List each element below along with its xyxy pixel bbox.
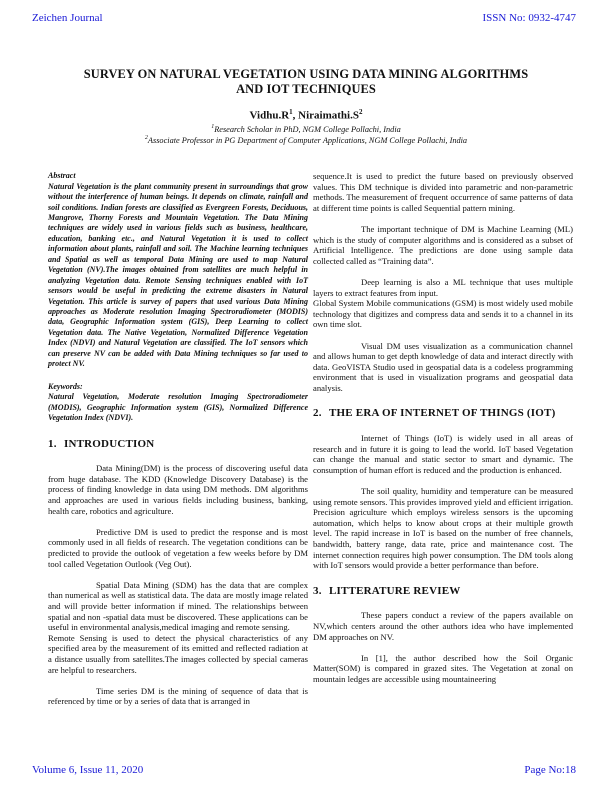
author-name: Vidhu.R: [250, 110, 290, 122]
paragraph: Visual DM uses visualization as a commun…: [313, 341, 573, 394]
section-heading-iot: 2.THE ERA OF INTERNET OF THINGS (IOT): [313, 408, 573, 419]
section-heading-literature-review: 3.LITTERATURE REVIEW: [313, 586, 573, 597]
paragraph: Deep learning is also a ML technique tha…: [313, 277, 573, 298]
title-line-1: SURVEY ON NATURAL VEGETATION USING DATA …: [40, 67, 572, 82]
paragraph: Data Mining(DM) is the process of discov…: [48, 463, 308, 516]
section-number: 2.: [313, 408, 329, 419]
left-column: Abstract Natural Vegetation is the plant…: [48, 171, 308, 718]
section-title: THE ERA OF INTERNET OF THINGS (IOT): [329, 407, 555, 419]
section-number: 1.: [48, 439, 64, 450]
page-number: Page No:18: [524, 764, 576, 776]
paragraph: These papers conduct a review of the pap…: [313, 610, 573, 642]
abstract-label: Abstract: [48, 171, 308, 182]
author-list: Vidhu.R1, Niraimathi.S2: [40, 108, 572, 122]
author-name: Niraimathi.S: [298, 110, 359, 122]
paragraph: In [1], the author described how the Soi…: [313, 653, 573, 685]
paragraph: Time series DM is the mining of sequence…: [48, 686, 308, 707]
issn-number: ISSN No: 0932-4747: [482, 12, 576, 24]
keywords-text: Natural Vegetation, Moderate resolution …: [48, 392, 308, 423]
paragraph: sequence.It is used to predict the futur…: [313, 171, 573, 213]
paragraph: Global System Mobile communications (GSM…: [313, 298, 573, 330]
paragraph: Remote Sensing is used to detect the phy…: [48, 633, 308, 675]
paragraph: Predictive DM is used to predict the res…: [48, 527, 308, 569]
affiliation-text: Associate Professor in PG Department of …: [148, 136, 467, 145]
author-sup: 2: [359, 108, 363, 116]
section-heading-introduction: 1.INTRODUCTION: [48, 439, 308, 450]
right-column: sequence.It is used to predict the futur…: [313, 171, 573, 695]
keywords-label: Keywords:: [48, 382, 308, 393]
section-title: INTRODUCTION: [64, 438, 154, 450]
journal-name: Zeichen Journal: [32, 12, 103, 24]
affiliation-2: 2Associate Professor in PG Department of…: [40, 135, 572, 145]
affiliation-1: 1Research Scholar in PhD, NGM College Po…: [40, 124, 572, 134]
section-title: LITTERATURE REVIEW: [329, 585, 460, 597]
affiliation-text: Research Scholar in PhD, NGM College Pol…: [214, 125, 401, 134]
volume-issue: Volume 6, Issue 11, 2020: [32, 764, 143, 776]
paragraph: The important technique of DM is Machine…: [313, 224, 573, 266]
paragraph: Internet of Things (IoT) is widely used …: [313, 433, 573, 475]
section-number: 3.: [313, 586, 329, 597]
title-line-2: AND IOT TECHNIQUES: [40, 82, 572, 97]
abstract-text: Natural Vegetation is the plant communit…: [48, 182, 308, 370]
paper-title: SURVEY ON NATURAL VEGETATION USING DATA …: [40, 67, 572, 97]
paragraph: The soil quality, humidity and temperatu…: [313, 486, 573, 571]
paragraph: Spatial Data Mining (SDM) has the data t…: [48, 580, 308, 633]
